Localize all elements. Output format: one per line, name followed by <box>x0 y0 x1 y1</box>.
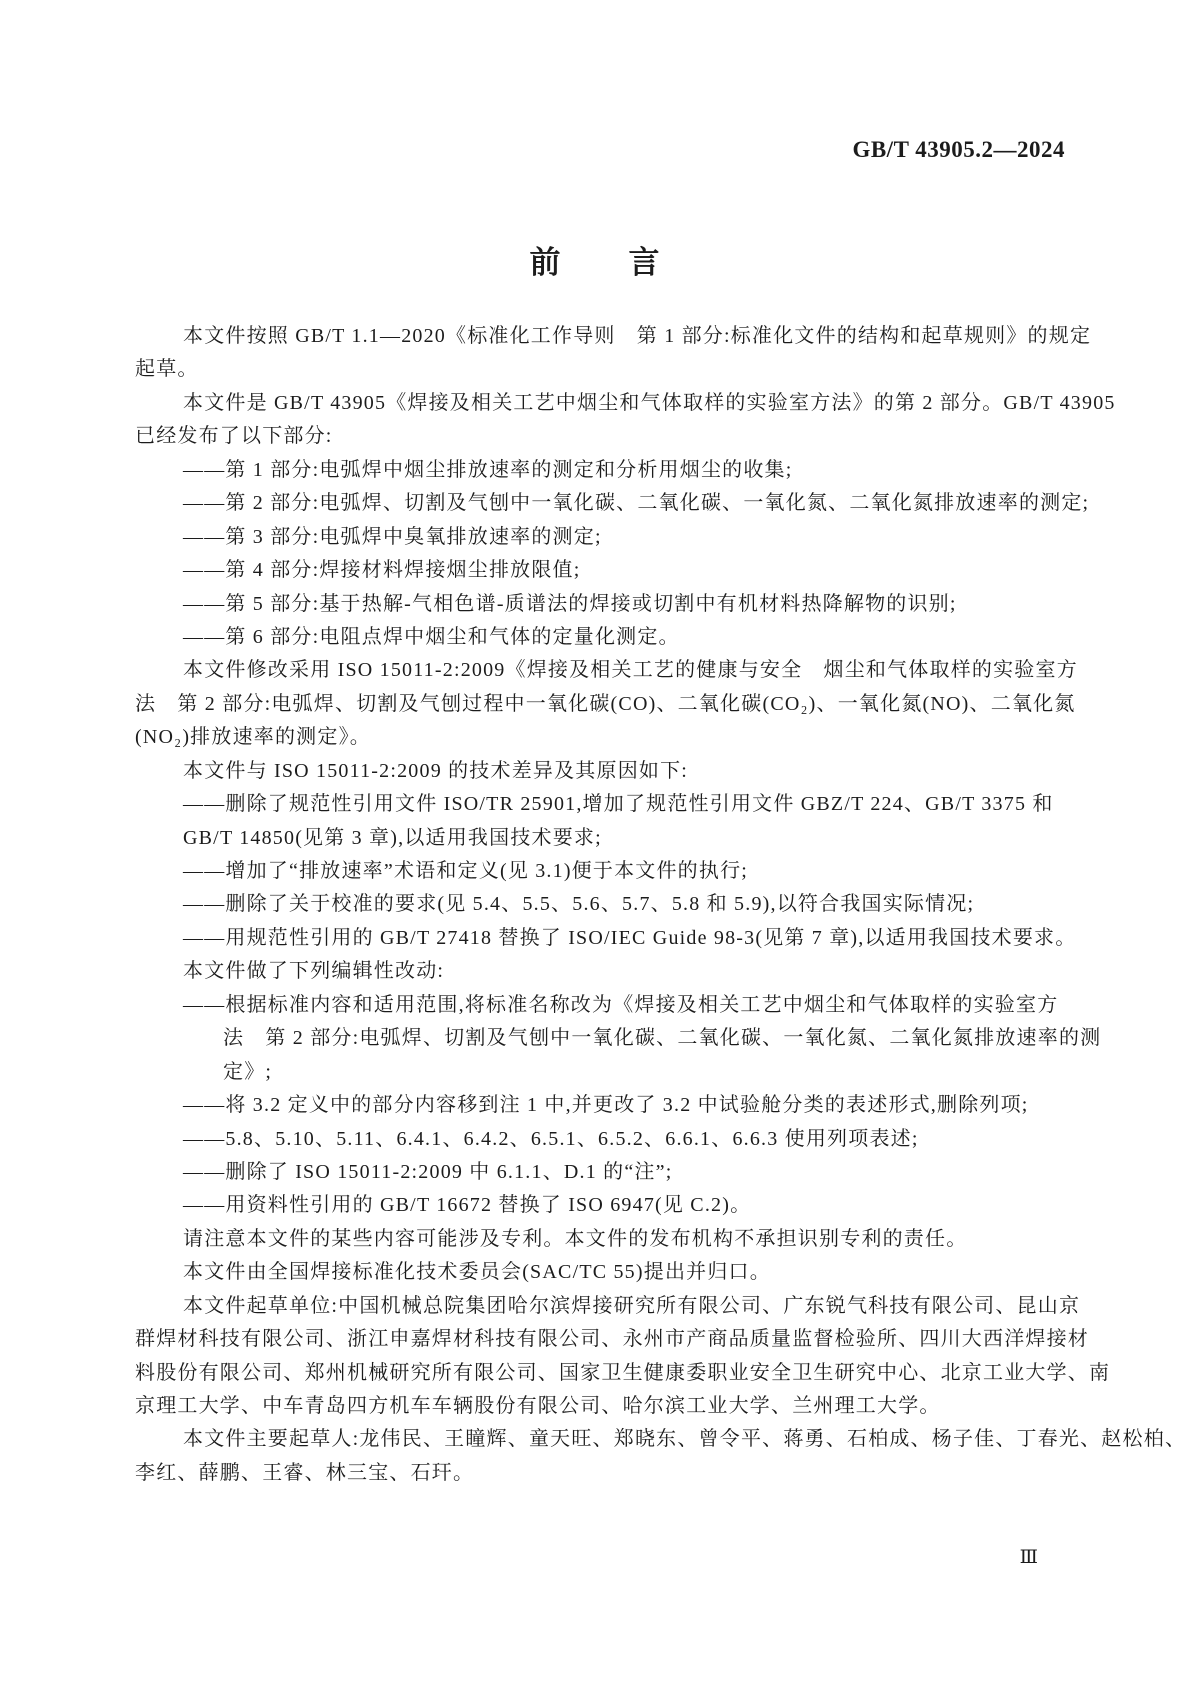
text-line: ——第 4 部分:焊接材料焊接烟尘排放限值; <box>135 554 1075 587</box>
text-line: ——第 2 部分:电弧焊、切割及气刨中一氧化碳、二氧化碳、一氧化氮、二氧化氮排放… <box>135 487 1075 520</box>
text-line: ——删除了 ISO 15011-2:2009 中 6.1.1、D.1 的“注”; <box>135 1156 1075 1189</box>
text-line: ——第 6 部分:电阻点焊中烟尘和气体的定量化测定。 <box>135 621 1075 654</box>
foreword-title: 前 言 <box>0 237 1191 282</box>
text-line: 请注意本文件的某些内容可能涉及专利。本文件的发布机构不承担识别专利的责任。 <box>135 1223 1075 1256</box>
text-line: ——第 5 部分:基于热解-气相色谱-质谱法的焊接或切割中有机材料热降解物的识别… <box>135 588 1075 621</box>
text-line: 料股份有限公司、郑州机械研究所有限公司、国家卫生健康委职业安全卫生研究中心、北京… <box>135 1357 1075 1390</box>
text-line: 已经发布了以下部分: <box>135 420 1075 453</box>
standard-number: GB/T 43905.2—2024 <box>852 137 1065 163</box>
text-line: 法 第 2 部分:电弧焊、切割及气刨过程中一氧化碳(CO)、二氧化碳(CO₂)、… <box>135 688 1075 721</box>
text-line: 本文件按照 GB/T 1.1—2020《标准化工作导则 第 1 部分:标准化文件… <box>135 320 1075 353</box>
text-line: 本文件做了下列编辑性改动: <box>135 955 1075 988</box>
text-line: 法 第 2 部分:电弧焊、切割及气刨中一氧化碳、二氧化碳、一氧化氮、二氧化氮排放… <box>135 1022 1075 1055</box>
text-line: ——第 1 部分:电弧焊中烟尘排放速率的测定和分析用烟尘的收集; <box>135 454 1075 487</box>
text-line: 本文件修改采用 ISO 15011-2:2009《焊接及相关工艺的健康与安全 烟… <box>135 654 1075 687</box>
text-line: ——将 3.2 定义中的部分内容移到注 1 中,并更改了 3.2 中试验舱分类的… <box>135 1089 1075 1122</box>
text-line: ——第 3 部分:电弧焊中臭氧排放速率的测定; <box>135 521 1075 554</box>
text-line: 群焊材科技有限公司、浙江申嘉焊材科技有限公司、永州市产商品质量监督检验所、四川大… <box>135 1323 1075 1356</box>
text-line: 京理工大学、中车青岛四方机车车辆股份有限公司、哈尔滨工业大学、兰州理工大学。 <box>135 1390 1075 1423</box>
text-line: ——删除了关于校准的要求(见 5.4、5.5、5.6、5.7、5.8 和 5.9… <box>135 888 1075 921</box>
text-line: ——根据标准内容和适用范围,将标准名称改为《焊接及相关工艺中烟尘和气体取样的实验… <box>135 989 1075 1022</box>
text-line: ——5.8、5.10、5.11、6.4.1、6.4.2、6.5.1、6.5.2、… <box>135 1123 1075 1156</box>
document-page: GB/T 43905.2—2024 前 言 本文件按照 GB/T 1.1—202… <box>0 0 1191 1685</box>
text-line: ——用规范性引用的 GB/T 27418 替换了 ISO/IEC Guide 9… <box>135 922 1075 955</box>
text-line: 本文件由全国焊接标准化技术委员会(SAC/TC 55)提出并归口。 <box>135 1256 1075 1289</box>
text-line: ——增加了“排放速率”术语和定义(见 3.1)便于本文件的执行; <box>135 855 1075 888</box>
text-line: 本文件主要起草人:龙伟民、王瞳辉、童天旺、郑晓东、曾令平、蒋勇、石柏成、杨子佳、… <box>135 1423 1075 1456</box>
text-line: 起草。 <box>135 353 1075 386</box>
page-number: Ⅲ <box>1020 1546 1039 1569</box>
text-line: GB/T 14850(见第 3 章),以适用我国技术要求; <box>135 822 1075 855</box>
text-line: 本文件与 ISO 15011-2:2009 的技术差异及其原因如下: <box>135 755 1075 788</box>
text-line: ——用资料性引用的 GB/T 16672 替换了 ISO 6947(见 C.2)… <box>135 1189 1075 1222</box>
text-line: ——删除了规范性引用文件 ISO/TR 25901,增加了规范性引用文件 GBZ… <box>135 788 1075 821</box>
text-line: 定》; <box>135 1056 1075 1089</box>
text-line: 本文件起草单位:中国机械总院集团哈尔滨焊接研究所有限公司、广东锐气科技有限公司、… <box>135 1290 1075 1323</box>
text-line: (NO₂)排放速率的测定》。 <box>135 721 1075 754</box>
text-line: 本文件是 GB/T 43905《焊接及相关工艺中烟尘和气体取样的实验室方法》的第… <box>135 387 1075 420</box>
text-line: 李红、薛鹏、王睿、林三宝、石玕。 <box>135 1457 1075 1490</box>
foreword-body: 本文件按照 GB/T 1.1—2020《标准化工作导则 第 1 部分:标准化文件… <box>135 320 1075 1490</box>
